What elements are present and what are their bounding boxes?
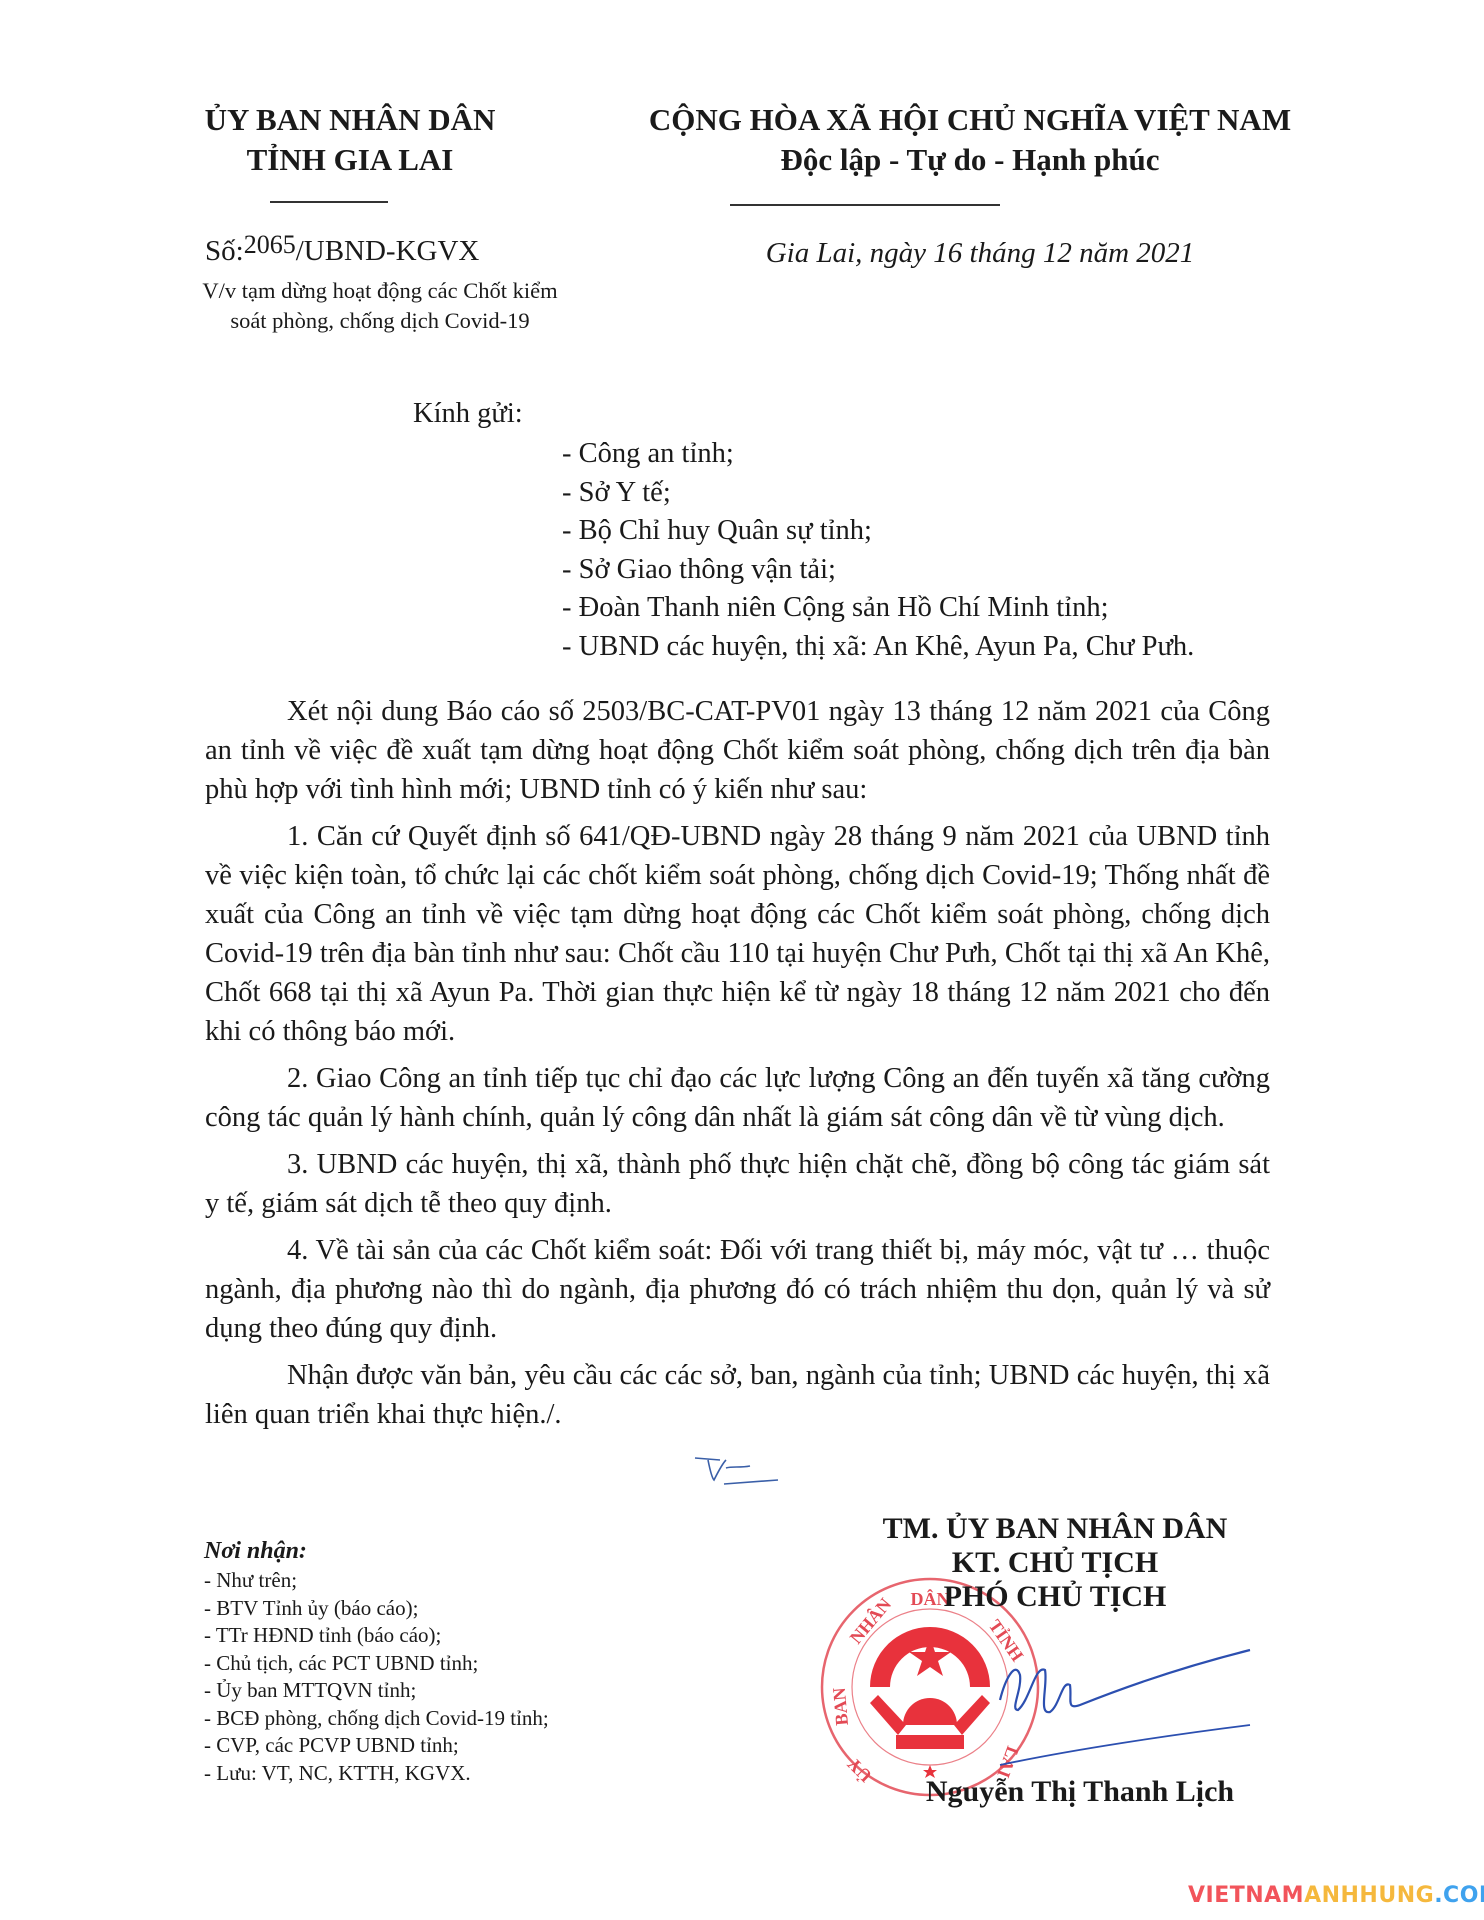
signature-line3: PHÓ CHỦ TỊCH: [860, 1580, 1250, 1614]
distribution-item: - Như trên;: [204, 1567, 549, 1595]
signature-line1: TM. ỦY BAN NHÂN DÂN: [860, 1512, 1250, 1546]
distribution-item: - BTV Tỉnh ủy (báo cáo);: [204, 1595, 549, 1623]
recipient-item: - UBND các huyện, thị xã: An Khê, Ayun P…: [562, 628, 1194, 667]
authority-underline: [270, 201, 388, 203]
body-paragraph-closing: Nhận được văn bản, yêu cầu các các sở, b…: [205, 1356, 1270, 1434]
recipient-item: - Sở Y tế;: [562, 474, 1194, 513]
watermark-part2: ANHHUNG: [1304, 1883, 1434, 1908]
body-paragraph-intro: Xét nội dung Báo cáo số 2503/BC-CAT-PV01…: [205, 692, 1270, 809]
distribution-item: - Chủ tịch, các PCT UBND tỉnh;: [204, 1650, 549, 1678]
watermark: VIETNAMANHHUNG.COM: [1188, 1883, 1484, 1908]
doc-number-suffix: /UBND-KGVX: [296, 235, 480, 267]
handwritten-signature-icon: [990, 1640, 1260, 1780]
distribution-item: - CVP, các PCVP UBND tỉnh;: [204, 1732, 549, 1760]
watermark-part3: .COM: [1434, 1883, 1484, 1908]
signer-name: Nguyễn Thị Thanh Lịch: [880, 1775, 1280, 1809]
subject-line2: soát phòng, chống dịch Covid-19: [150, 306, 610, 336]
document-body: Xét nội dung Báo cáo số 2503/BC-CAT-PV01…: [205, 692, 1270, 1434]
body-paragraph-1: 1. Căn cứ Quyết định số 641/QĐ-UBND ngày…: [205, 817, 1270, 1051]
motto-underline: [730, 204, 1000, 206]
distribution-item: - BCĐ phòng, chống dịch Covid-19 tỉnh;: [204, 1705, 549, 1733]
signature-block: TM. ỦY BAN NHÂN DÂN KT. CHỦ TỊCH PHÓ CHỦ…: [860, 1512, 1250, 1614]
recipient-item: - Công an tỉnh;: [562, 435, 1194, 474]
distribution-list: - Như trên; - BTV Tỉnh ủy (báo cáo); - T…: [204, 1567, 549, 1787]
distribution-label: Nơi nhận:: [204, 1535, 549, 1567]
recipients-label: Kính gửi:: [413, 398, 523, 430]
watermark-part1: VIETNAM: [1188, 1883, 1304, 1908]
distribution-block: Nơi nhận: - Như trên; - BTV Tỉnh ủy (báo…: [204, 1535, 549, 1787]
distribution-item: - Ủy ban MTTQVN tỉnh;: [204, 1677, 549, 1705]
svg-text:BAN: BAN: [829, 1687, 852, 1727]
distribution-item: - Lưu: VT, NC, KTTH, KGVX.: [204, 1760, 549, 1788]
body-paragraph-3: 3. UBND các huyện, thị xã, thành phố thự…: [205, 1145, 1270, 1223]
distribution-item: - TTr HĐND tỉnh (báo cáo);: [204, 1622, 549, 1650]
national-title: CỘNG HÒA XÃ HỘI CHỦ NGHĨA VIỆT NAM Độc l…: [605, 100, 1335, 180]
document-number: Số:2065/UBND-KGVX: [205, 235, 479, 268]
national-name: CỘNG HÒA XÃ HỘI CHỦ NGHĨA VIỆT NAM: [605, 100, 1335, 140]
recipients-list: - Công an tỉnh; - Sở Y tế; - Bộ Chỉ huy …: [562, 435, 1194, 666]
authority-line2: TỈNH GIA LAI: [150, 140, 550, 180]
recipient-item: - Sở Giao thông vận tải;: [562, 551, 1194, 590]
recipient-item: - Đoàn Thanh niên Cộng sản Hồ Chí Minh t…: [562, 589, 1194, 628]
initial-signature-icon: [690, 1450, 785, 1490]
signature-line2: KT. CHỦ TỊCH: [860, 1546, 1250, 1580]
body-paragraph-2: 2. Giao Công an tỉnh tiếp tục chỉ đạo cá…: [205, 1059, 1270, 1137]
national-motto: Độc lập - Tự do - Hạnh phúc: [605, 140, 1335, 180]
authority-line1: ỦY BAN NHÂN DÂN: [150, 100, 550, 140]
doc-number-prefix: Số:: [205, 235, 244, 267]
body-paragraph-4: 4. Về tài sản của các Chốt kiểm soát: Đố…: [205, 1231, 1270, 1348]
document-subject: V/v tạm dừng hoạt động các Chốt kiểm soá…: [150, 276, 610, 336]
subject-line1: V/v tạm dừng hoạt động các Chốt kiểm: [150, 276, 610, 306]
issuing-authority: ỦY BAN NHÂN DÂN TỈNH GIA LAI: [150, 100, 550, 180]
recipient-item: - Bộ Chỉ huy Quân sự tỉnh;: [562, 512, 1194, 551]
svg-text:ỦY: ỦY: [843, 1754, 876, 1787]
place-date: Gia Lai, ngày 16 tháng 12 năm 2021: [700, 237, 1260, 270]
doc-number-value: 2065: [244, 230, 296, 259]
